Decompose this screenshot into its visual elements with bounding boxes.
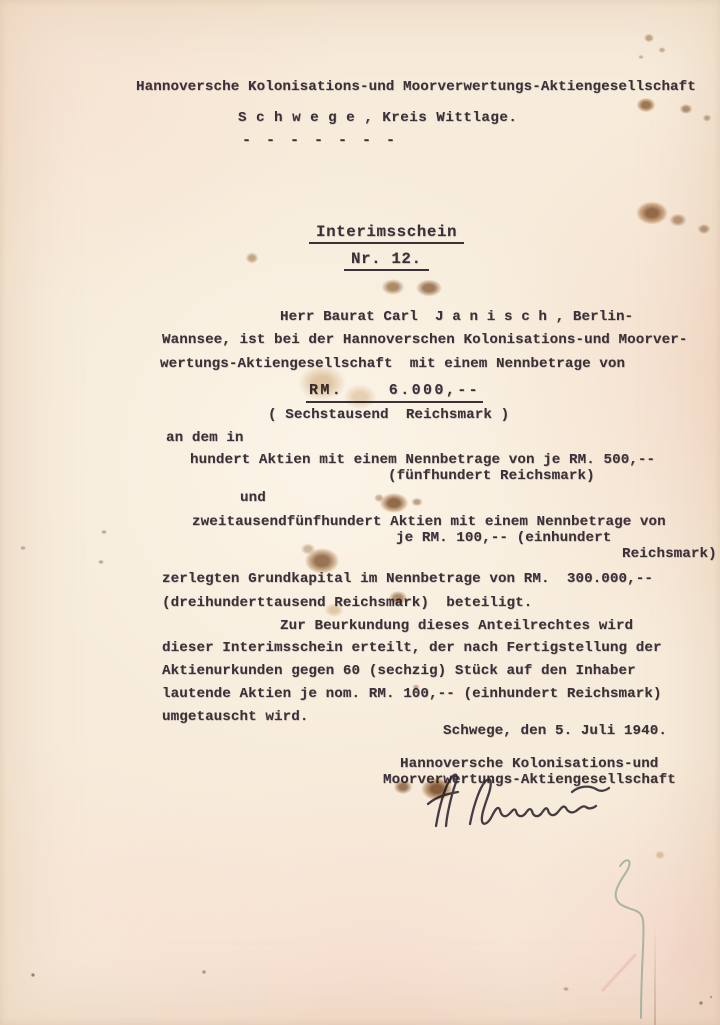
closing-line-2: dieser Interimsschein erteilt, der nach … [162, 640, 662, 656]
closing-line-3: Aktienurkunden gegen 60 (sechzig) Stück … [162, 663, 636, 679]
shares-100-line-2: je RM. 100,-- (einhundert [396, 530, 611, 546]
date-line: Schwege, den 5. Juli 1940. [443, 723, 667, 739]
body-und: und [240, 490, 266, 506]
nominal-amount-words: ( Sechstausend Reichsmark ) [268, 407, 509, 423]
closing-line-1: Zur Beurkundung dieses Anteilrechtes wir… [280, 618, 633, 634]
body-an-dem-in: an dem in [166, 430, 244, 446]
shares-100-line-1: zweitausendfünfhundert Aktien mit einem … [192, 514, 666, 530]
closing-line-5: umgetauscht wird. [162, 709, 308, 725]
letterhead-divider-dashes: - - - - - - - [242, 133, 398, 149]
capital-line-2: (dreihunderttausend Reichsmark) beteilig… [162, 595, 532, 611]
capital-line-1: zerlegten Grundkapital im Nennbetrage vo… [162, 571, 653, 587]
closing-line-4: lautende Aktien je nom. RM. 100,-- (einh… [162, 686, 662, 702]
signature-company-line-1: Hannoversche Kolonisations-und [400, 756, 658, 772]
shares-500-line-2: (fünfhundert Reichsmark) [388, 468, 595, 484]
shares-500-line-1: hundert Aktien mit einem Nennbetrage von… [190, 452, 655, 468]
pencil-mark [592, 850, 662, 1025]
body-intro-line-1: Herr Baurat Carl J a n i s c h , Berlin- [280, 309, 633, 325]
shares-100-line-3: Reichsmark) [622, 546, 717, 562]
letterhead-company-line: Hannoversche Kolonisations-und Moorverwe… [136, 79, 696, 95]
interim-certificate-document: Hannoversche Kolonisations-und Moorverwe… [0, 0, 720, 1025]
certificate-title: Interimsschein [309, 224, 464, 244]
letterhead-location-line: S c h w e g e , Kreis Wittlage. [238, 110, 517, 126]
handwritten-signature [408, 772, 648, 832]
body-intro-line-3: wertungs-Aktiengesellschaft mit einem Ne… [160, 356, 625, 372]
certificate-number: Nr. 12. [344, 251, 429, 271]
body-intro-line-2: Wannsee, ist bei der Hannoverschen Kolon… [162, 332, 687, 348]
nominal-amount: RM. 6.000,-- [306, 383, 483, 403]
